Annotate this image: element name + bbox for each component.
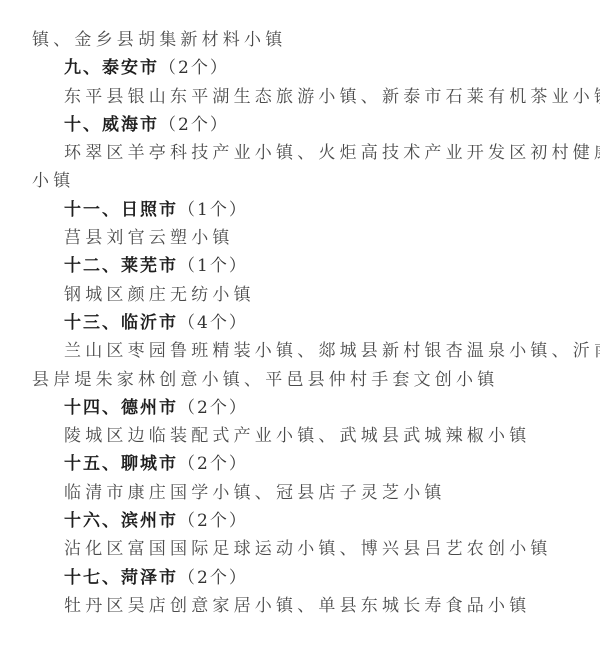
city-name: 十七、菏泽市 bbox=[64, 568, 178, 588]
town-count: （1个） bbox=[178, 200, 248, 220]
section-heading-linyi: 十三、临沂市（4个） bbox=[0, 309, 600, 337]
continuation-line: 镇、金乡县胡集新材料小镇 bbox=[0, 26, 600, 54]
city-name: 十五、聊城市 bbox=[64, 454, 178, 474]
section-heading-binzhou: 十六、滨州市（2个） bbox=[0, 507, 600, 535]
town-count: （4个） bbox=[178, 313, 248, 333]
town-count: （2个） bbox=[178, 398, 248, 418]
section-heading-taian: 九、泰安市（2个） bbox=[0, 54, 600, 82]
town-list: 环翠区羊亭科技产业小镇、火炬高技术产业开发区初村健康 bbox=[0, 139, 600, 167]
town-count: （2个） bbox=[178, 454, 248, 474]
town-count: （2个） bbox=[178, 568, 248, 588]
town-list: 牡丹区吴店创意家居小镇、单县东城长寿食品小镇 bbox=[0, 592, 600, 620]
city-name: 十二、莱芜市 bbox=[64, 256, 178, 276]
section-heading-weihai: 十、威海市（2个） bbox=[0, 111, 600, 139]
town-list-continuation: 小镇 bbox=[0, 167, 600, 195]
town-list: 莒县刘官云塑小镇 bbox=[0, 224, 600, 252]
town-list: 兰山区枣园鲁班精装小镇、郯城县新村银杏温泉小镇、沂南 bbox=[0, 337, 600, 365]
section-heading-rizhao: 十一、日照市（1个） bbox=[0, 196, 600, 224]
town-list: 陵城区边临装配式产业小镇、武城县武城辣椒小镇 bbox=[0, 422, 600, 450]
town-list-continuation: 县岸堤朱家林创意小镇、平邑县仲村手套文创小镇 bbox=[0, 366, 600, 394]
section-heading-liaocheng: 十五、聊城市（2个） bbox=[0, 450, 600, 478]
city-name: 十六、滨州市 bbox=[64, 511, 178, 531]
town-count: （2个） bbox=[159, 115, 229, 135]
town-list: 钢城区颜庄无纺小镇 bbox=[0, 281, 600, 309]
town-count: （1个） bbox=[178, 256, 248, 276]
section-heading-laiwu: 十二、莱芜市（1个） bbox=[0, 252, 600, 280]
city-name: 十三、临沂市 bbox=[64, 313, 178, 333]
town-count: （2个） bbox=[178, 511, 248, 531]
town-list: 东平县银山东平湖生态旅游小镇、新泰市石莱有机茶业小镇 bbox=[0, 83, 600, 111]
section-heading-dezhou: 十四、德州市（2个） bbox=[0, 394, 600, 422]
section-heading-heze: 十七、菏泽市（2个） bbox=[0, 564, 600, 592]
city-name: 九、泰安市 bbox=[64, 58, 159, 78]
town-list: 临清市康庄国学小镇、冠县店子灵芝小镇 bbox=[0, 479, 600, 507]
town-count: （2个） bbox=[159, 58, 229, 78]
document-page: 镇、金乡县胡集新材料小镇 九、泰安市（2个） 东平县银山东平湖生态旅游小镇、新泰… bbox=[0, 0, 600, 649]
town-list: 沾化区富国国际足球运动小镇、博兴县吕艺农创小镇 bbox=[0, 535, 600, 563]
city-name: 十四、德州市 bbox=[64, 398, 178, 418]
city-name: 十一、日照市 bbox=[64, 200, 178, 220]
city-name: 十、威海市 bbox=[64, 115, 159, 135]
